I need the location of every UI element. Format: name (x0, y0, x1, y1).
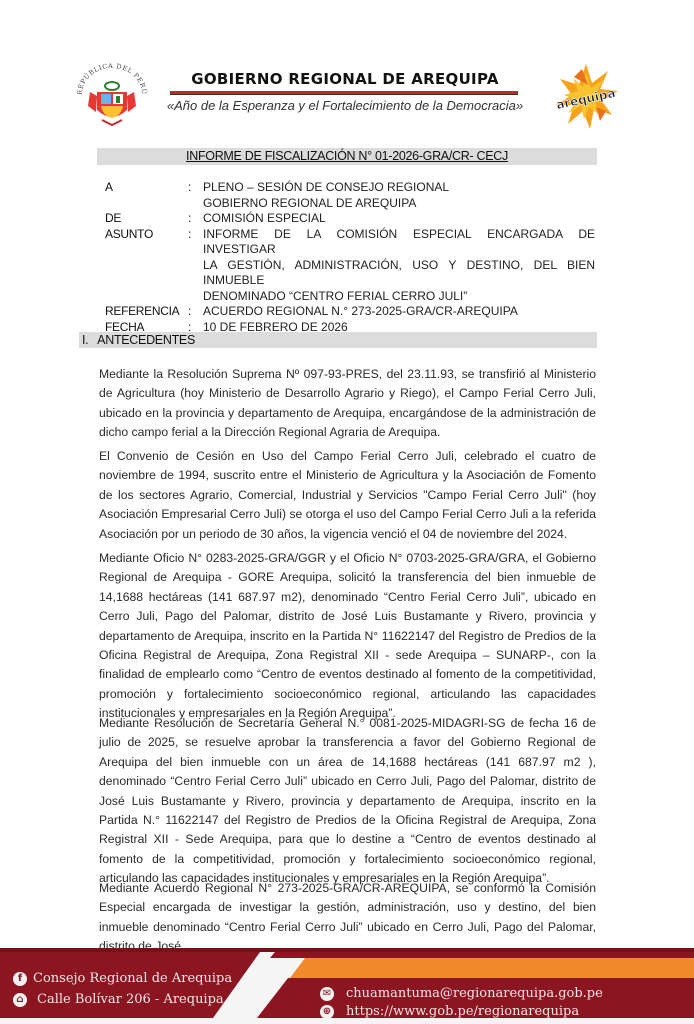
paragraph: Mediante Acuerdo Regional N° 273-2025-GR… (99, 879, 596, 957)
report-title-bar: INFORME DE FISCALIZACIÓN N° 01-2026-GRA/… (97, 148, 597, 165)
footer-email[interactable]: ✉ chuamantuma@regionarequipa.gob.pe (320, 986, 603, 1001)
memo-value: COMISIÓN ESPECIAL (203, 211, 595, 227)
memo-label: A (105, 180, 188, 211)
peru-coat-of-arms-logo: REPÚBLICA DEL PERÚ (72, 62, 152, 130)
home-icon: ⌂ (13, 993, 27, 1007)
report-title: INFORME DE FISCALIZACIÓN N° 01-2026-GRA/… (97, 149, 597, 163)
section-heading-bar: I. ANTECEDENTES (79, 332, 597, 348)
globe-icon: ⊕ (320, 1005, 334, 1019)
organization-title: GOBIERNO REGIONAL DE AREQUIPA (170, 70, 520, 88)
memo-row-reference: REFERENCIA : ACUERDO REGIONAL N.° 273-20… (105, 304, 595, 320)
mail-icon: ✉ (320, 987, 334, 1001)
paragraph: El Convenio de Cesión en Uso del Campo F… (99, 447, 596, 544)
memo-value: ACUERDO REGIONAL N.° 273-2025-GRA/CR-ARE… (203, 304, 595, 320)
section-title: I. ANTECEDENTES (82, 333, 195, 347)
memo-row-to: A : PLENO – SESIÓN DE CONSEJO REGIONAL G… (105, 180, 595, 211)
header-divider (170, 91, 518, 95)
paragraph: Mediante Oficio N° 0283-2025-GRA/GGR y e… (99, 549, 596, 724)
paragraph: Mediante la Resolución Suprema Nº 097-93… (99, 365, 596, 443)
footer-facebook[interactable]: f Consejo Regional de Arequipa (13, 971, 232, 986)
memo-row-from: DE : COMISIÓN ESPECIAL (105, 211, 595, 227)
memo-label: DE (105, 211, 188, 227)
year-motto: «Año de la Esperanza y el Fortalecimient… (160, 98, 530, 113)
page-footer: f Consejo Regional de Arequipa ⌂ Calle B… (0, 948, 694, 1024)
footer-address: ⌂ Calle Bolívar 206 - Arequipa (13, 992, 224, 1007)
footer-website[interactable]: ⊕ https://www.gob.pe/regionarequipa (320, 1004, 579, 1019)
facebook-icon: f (13, 972, 27, 986)
memo-value: INFORME DE LA COMISIÓN ESPECIAL ENCARGAD… (203, 227, 595, 305)
memo-label: ASUNTO (105, 227, 188, 305)
memo-row-subject: ASUNTO : INFORME DE LA COMISIÓN ESPECIAL… (105, 227, 595, 305)
arequipa-sun-logo: arequipa (548, 62, 624, 132)
memo-label: REFERENCIA (105, 304, 188, 320)
paragraph: Mediante Resolución de Secretaría Genera… (99, 714, 596, 889)
memo-value: PLENO – SESIÓN DE CONSEJO REGIONAL GOBIE… (203, 180, 595, 211)
memo-header: A : PLENO – SESIÓN DE CONSEJO REGIONAL G… (105, 180, 595, 335)
